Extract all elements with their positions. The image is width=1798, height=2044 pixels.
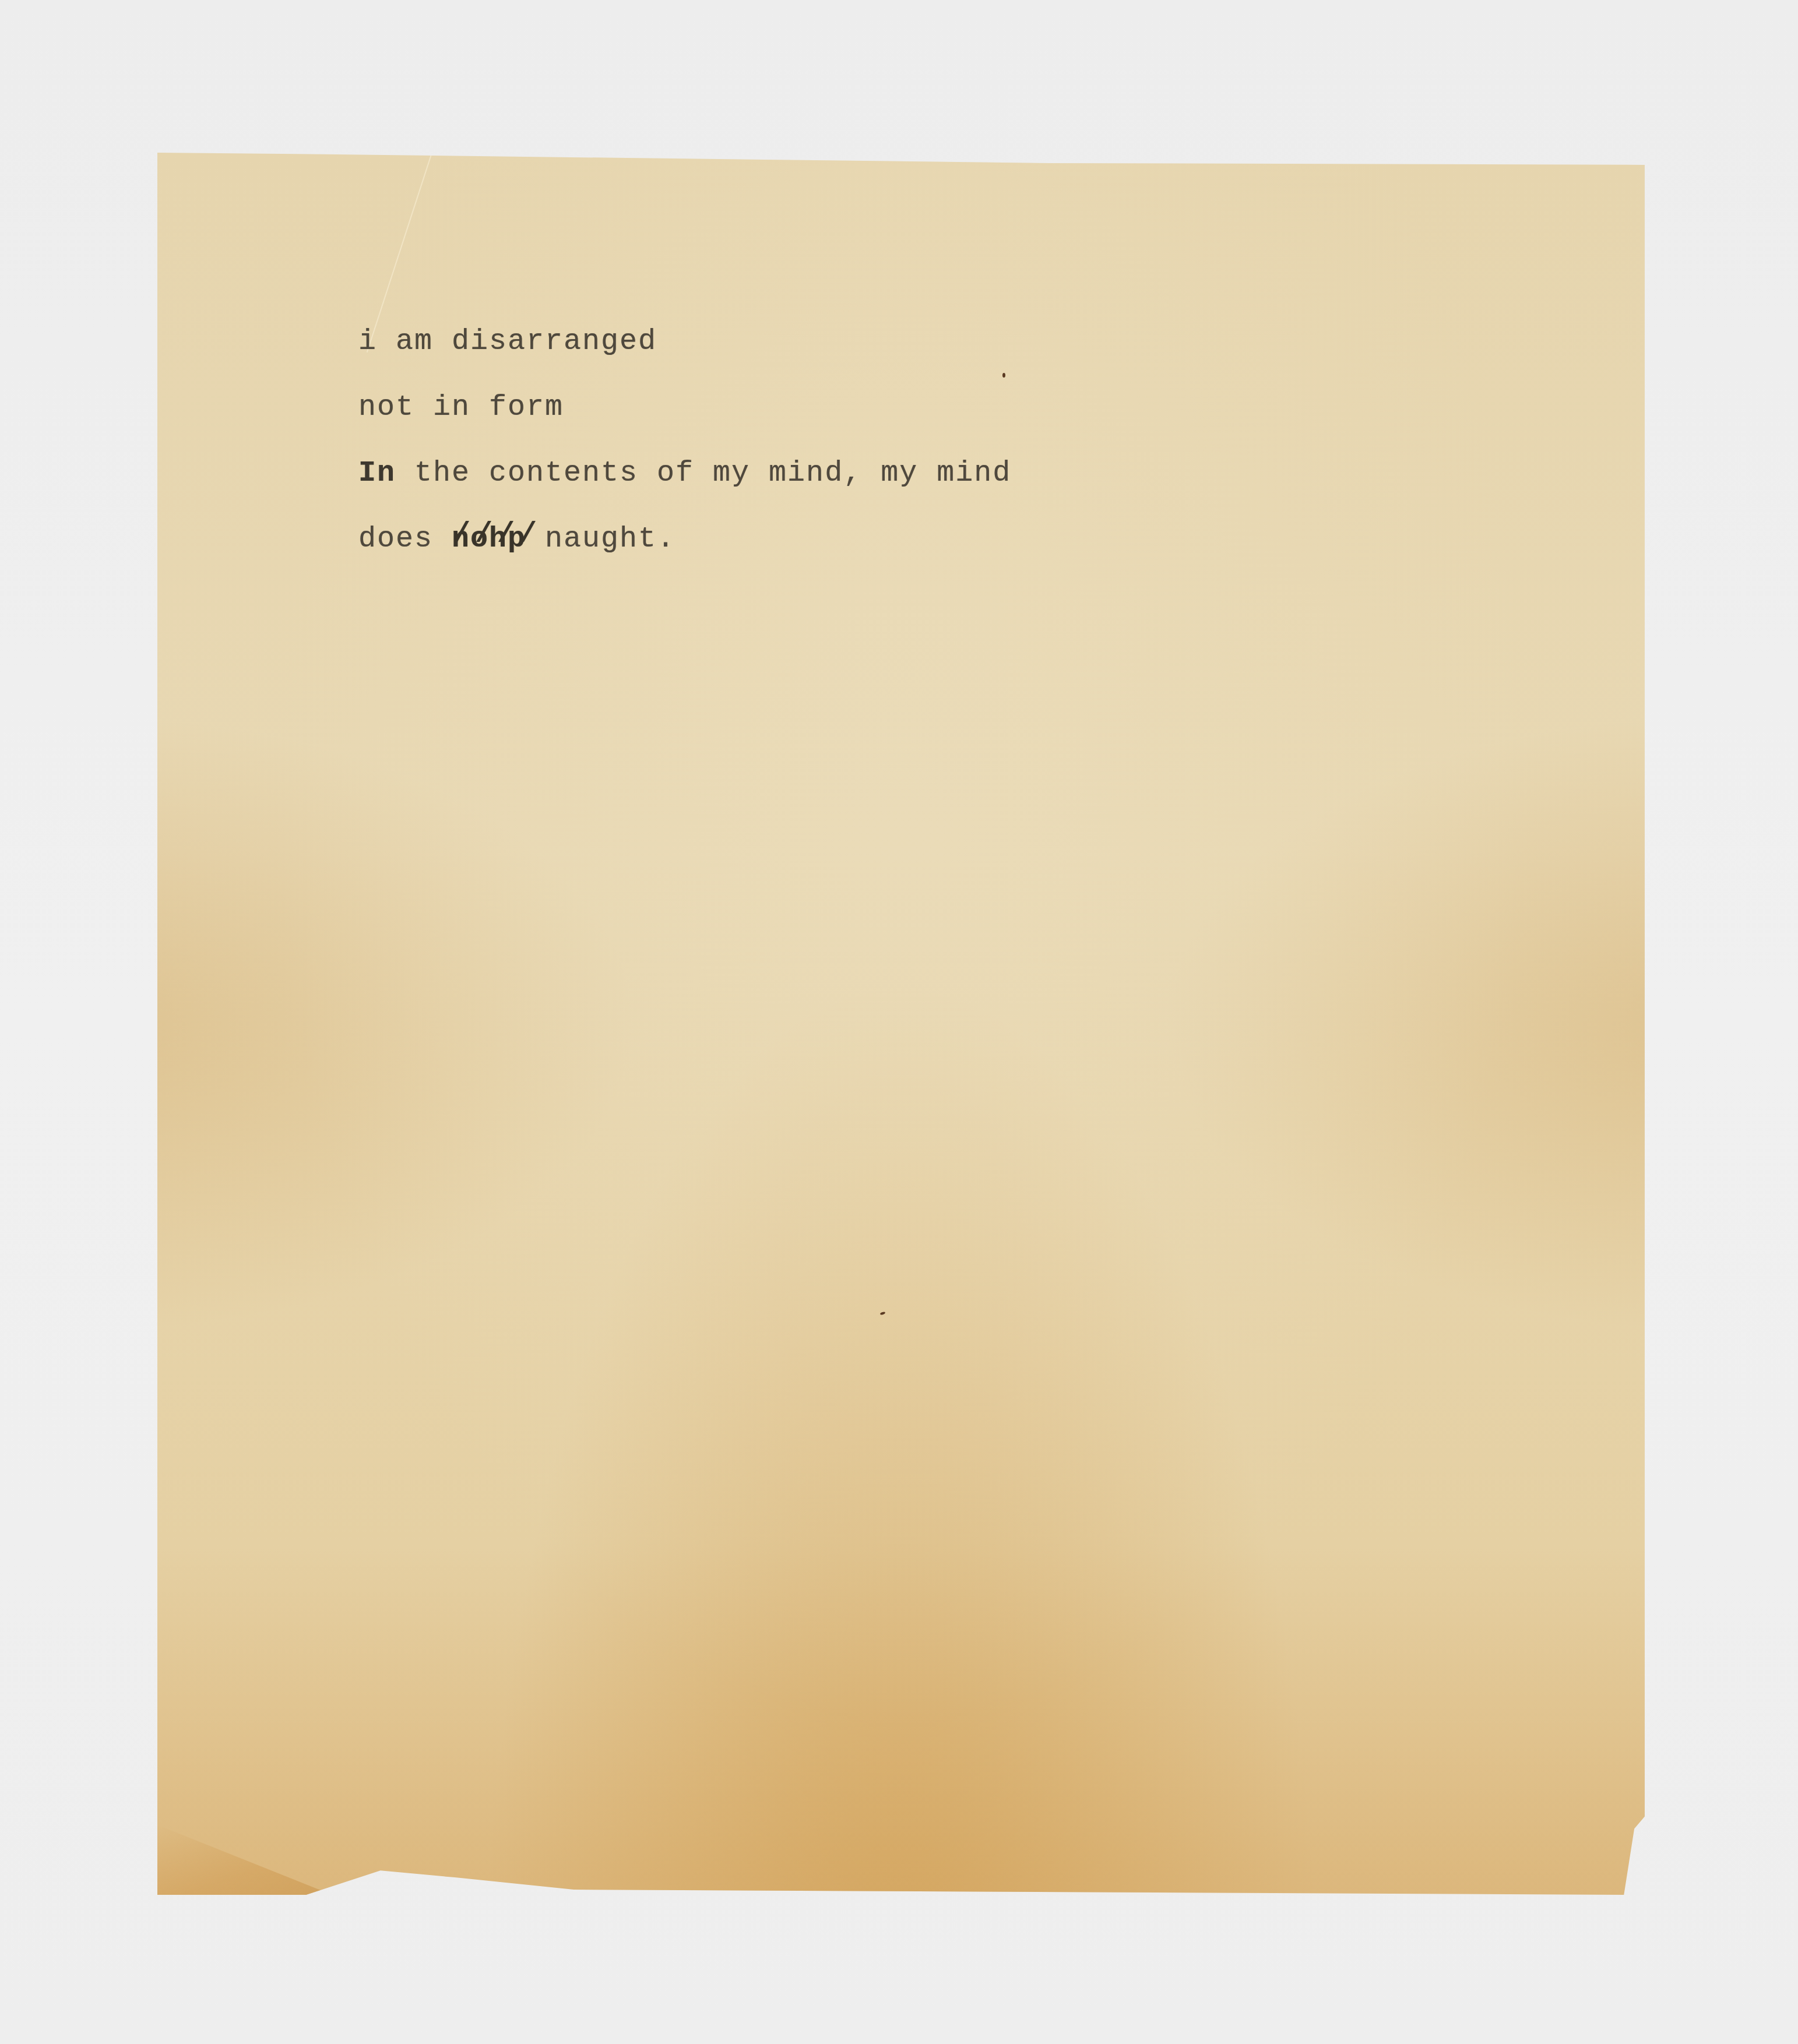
poem-line-1: i am disarranged [358,327,1011,393]
typewritten-page: i am disarranged not in form In the cont… [157,153,1645,1895]
poem-text: i am disarranged not in form In the cont… [358,327,1011,591]
overtyped-initial: In [358,457,396,490]
paper-crease [367,153,432,353]
poem-line-4-start: does [358,523,452,556]
poem-line-4: does nohp naught. [358,525,1011,591]
poem-line-3-rest: the contents of my mind, my mind [396,457,1011,490]
paper-mark [880,1312,886,1316]
struck-out-word: nohp [452,523,526,556]
folded-corner [157,1825,332,1895]
poem-line-4-end: naught. [526,523,675,556]
poem-line-2: not in form [358,393,1011,459]
poem-line-3: In the contents of my mind, my mind [358,459,1011,525]
